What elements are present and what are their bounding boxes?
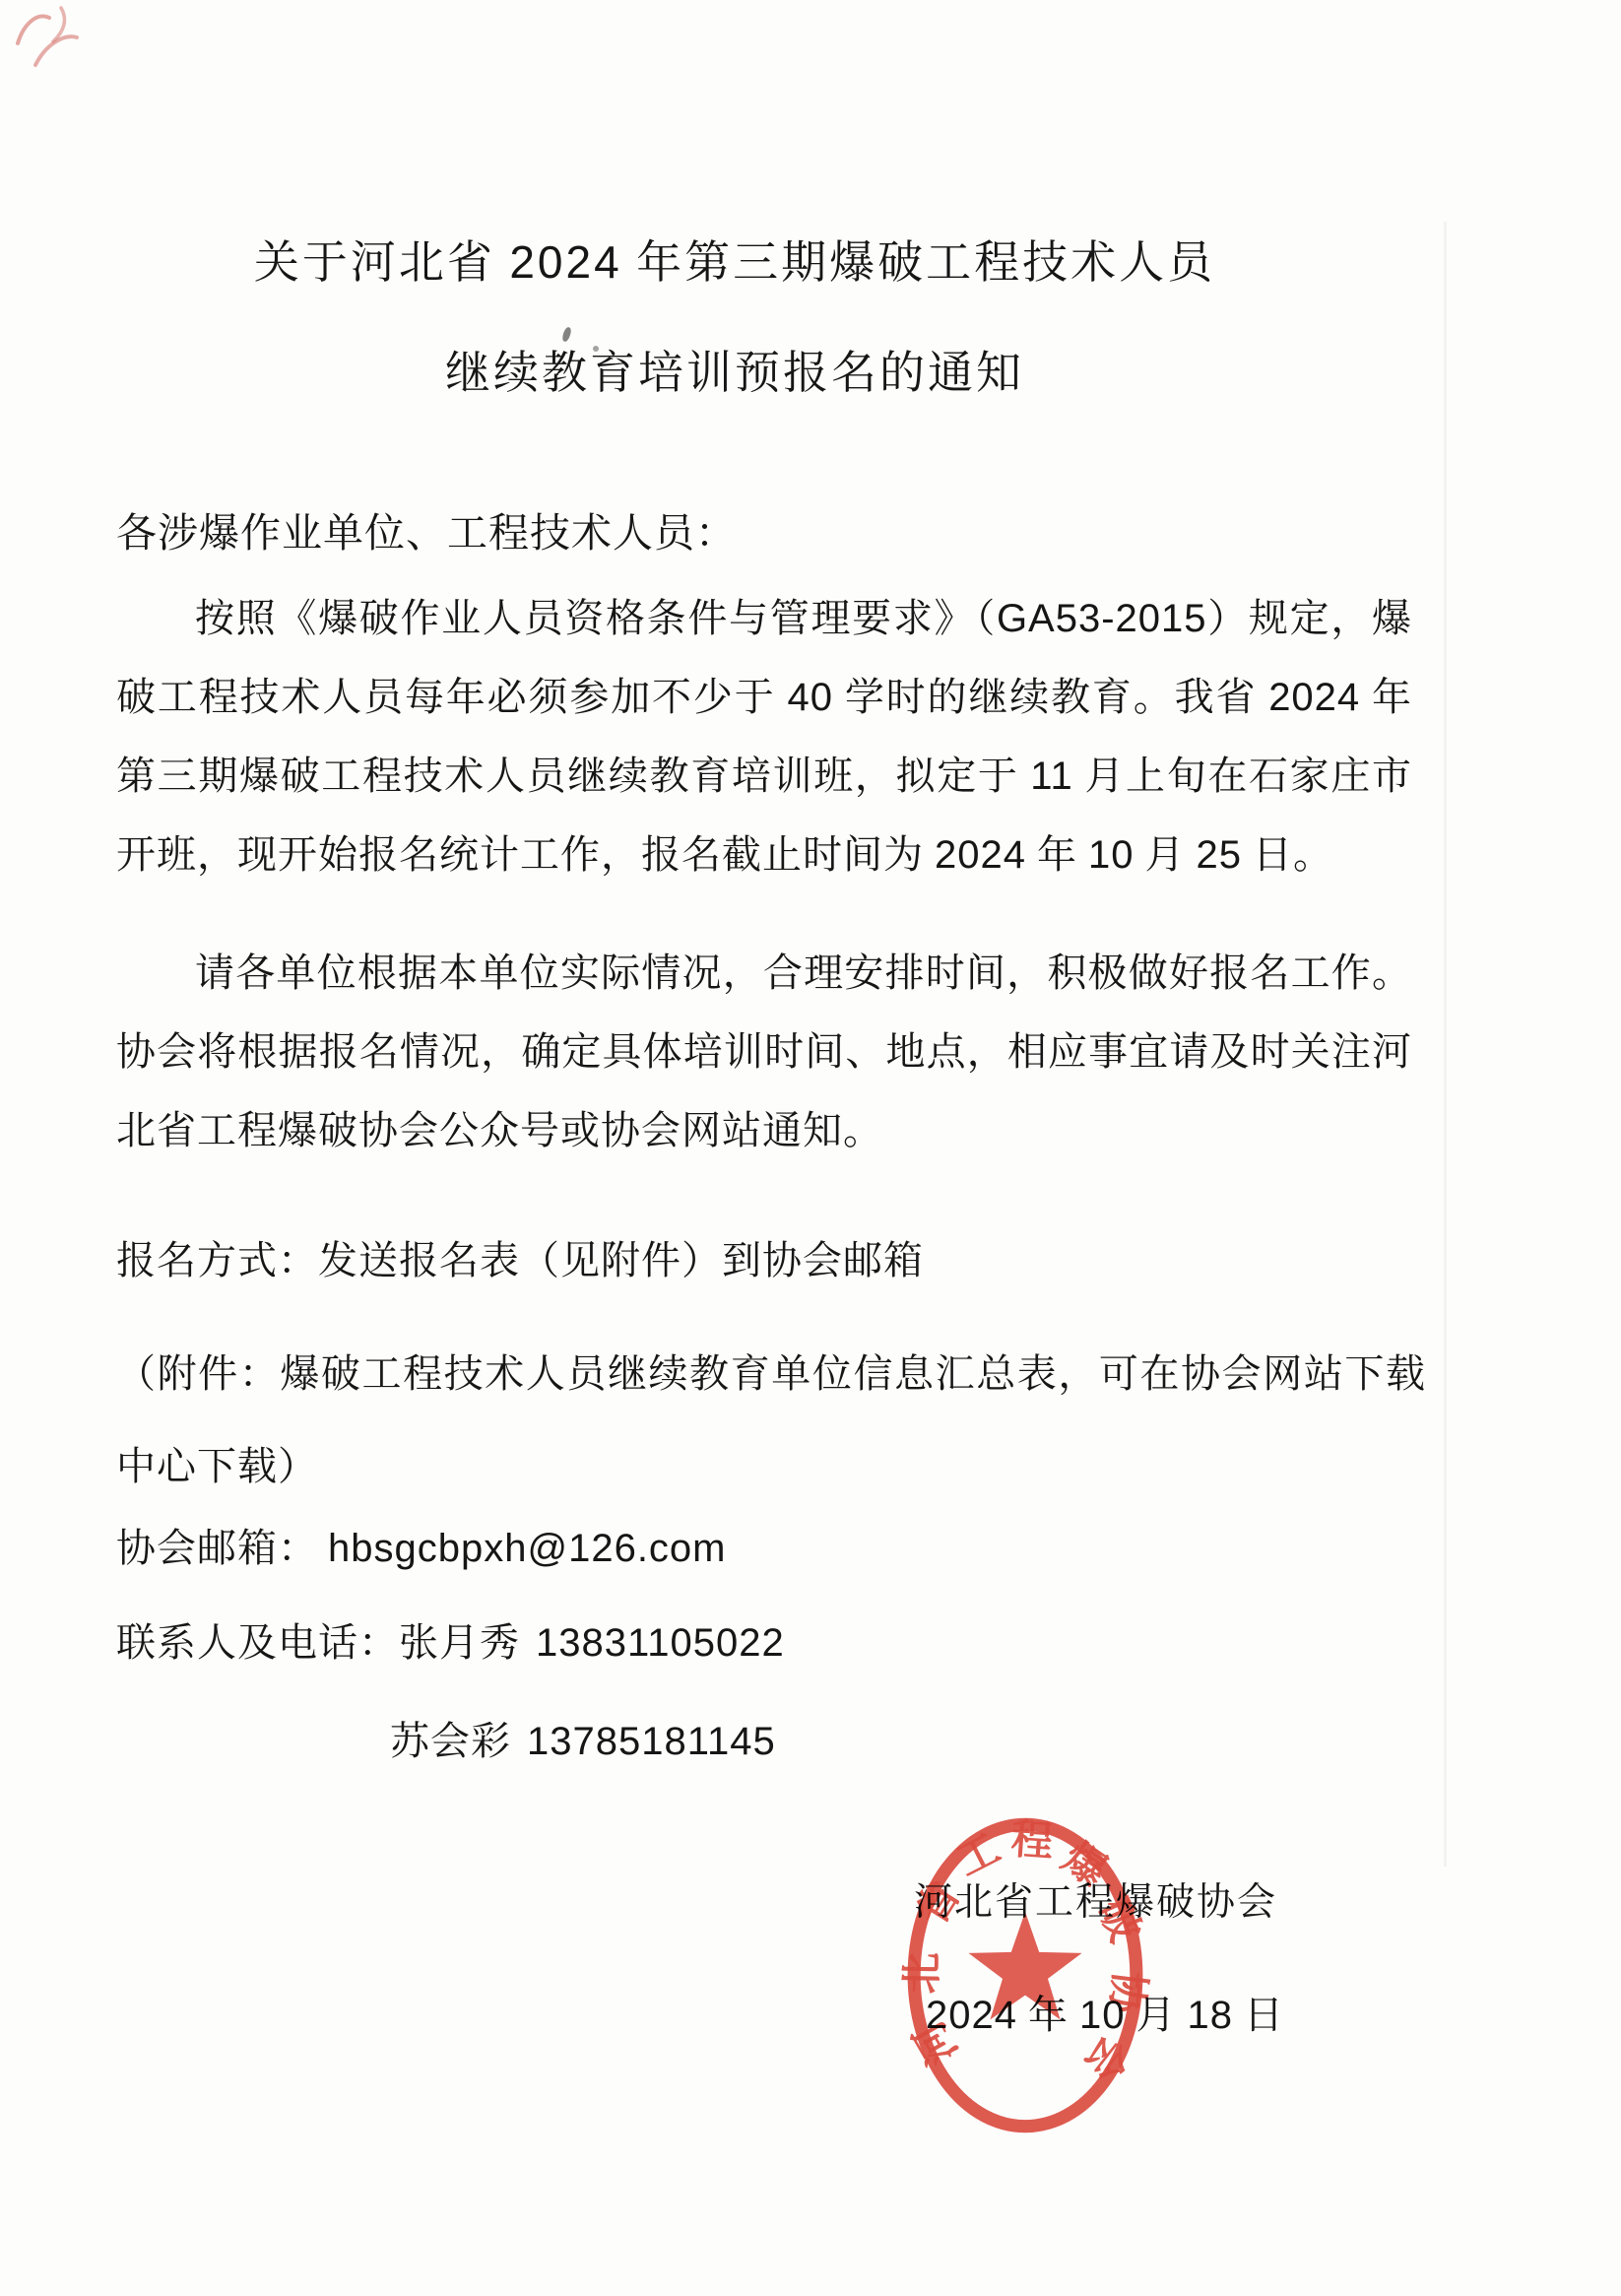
email-address: hbsgcbpxh@126.com [328,1527,727,1570]
email-label: 协会邮箱： [116,1526,318,1570]
paragraph-arrangement: 请各单位根据本单位实际情况，合理安排时间，积极做好报名工作。协会将根据报名情况，… [116,934,1412,1170]
association-email-line: 协会邮箱：hbsgcbpxh@126.com [116,1517,727,1573]
official-seal: 河 北 省 工 程 爆 破 协 会 [896,1808,1154,2141]
notice-title-line1: 关于河北省 2024 年第三期爆破工程技术人员 [87,227,1383,292]
red-pen-marks [6,2,97,87]
paragraph-regulation: 按照《爆破作业人员资格条件与管理要求》（GA53-2015）规定，爆破工程技术人… [116,579,1412,894]
salutation: 各涉爆作业单位、工程技术人员： [116,500,737,558]
contacts-label: 联系人及电话： [116,1620,399,1665]
signature-date: 2024 年 10 月 18 日 [926,1984,1284,2040]
svg-text:程: 程 [1009,1816,1055,1866]
contact-line-2: 苏会彩13785181145 [390,1710,776,1766]
attachment-note: （附件：爆破工程技术人员继续教育单位信息汇总表，可在协会网站下载中心下载） [116,1328,1426,1513]
notice-title-line2: 继续教育培训预报名的通知 [87,337,1383,402]
signature-organization: 河北省工程爆破协会 [914,1871,1277,1927]
contact-phone: 13785181145 [527,1720,776,1763]
contact-name: 苏会彩 [390,1719,511,1763]
seal-ring [914,1824,1136,2126]
seal-arc-text: 河 北 省 工 程 爆 破 协 会 [899,1816,1152,2088]
scanner-streak [1444,222,1447,1867]
contact-name: 张月秀 [399,1620,520,1665]
contact-line-1: 联系人及电话：张月秀13831105022 [116,1611,785,1668]
contact-phone: 13831105022 [536,1621,785,1665]
scanned-notice-page: 关于河北省 2024 年第三期爆破工程技术人员 继续教育培训预报名的通知 各涉爆… [0,0,1621,2296]
registration-method-line: 报名方式：发送报名表（见附件）到协会邮箱 [116,1229,924,1285]
